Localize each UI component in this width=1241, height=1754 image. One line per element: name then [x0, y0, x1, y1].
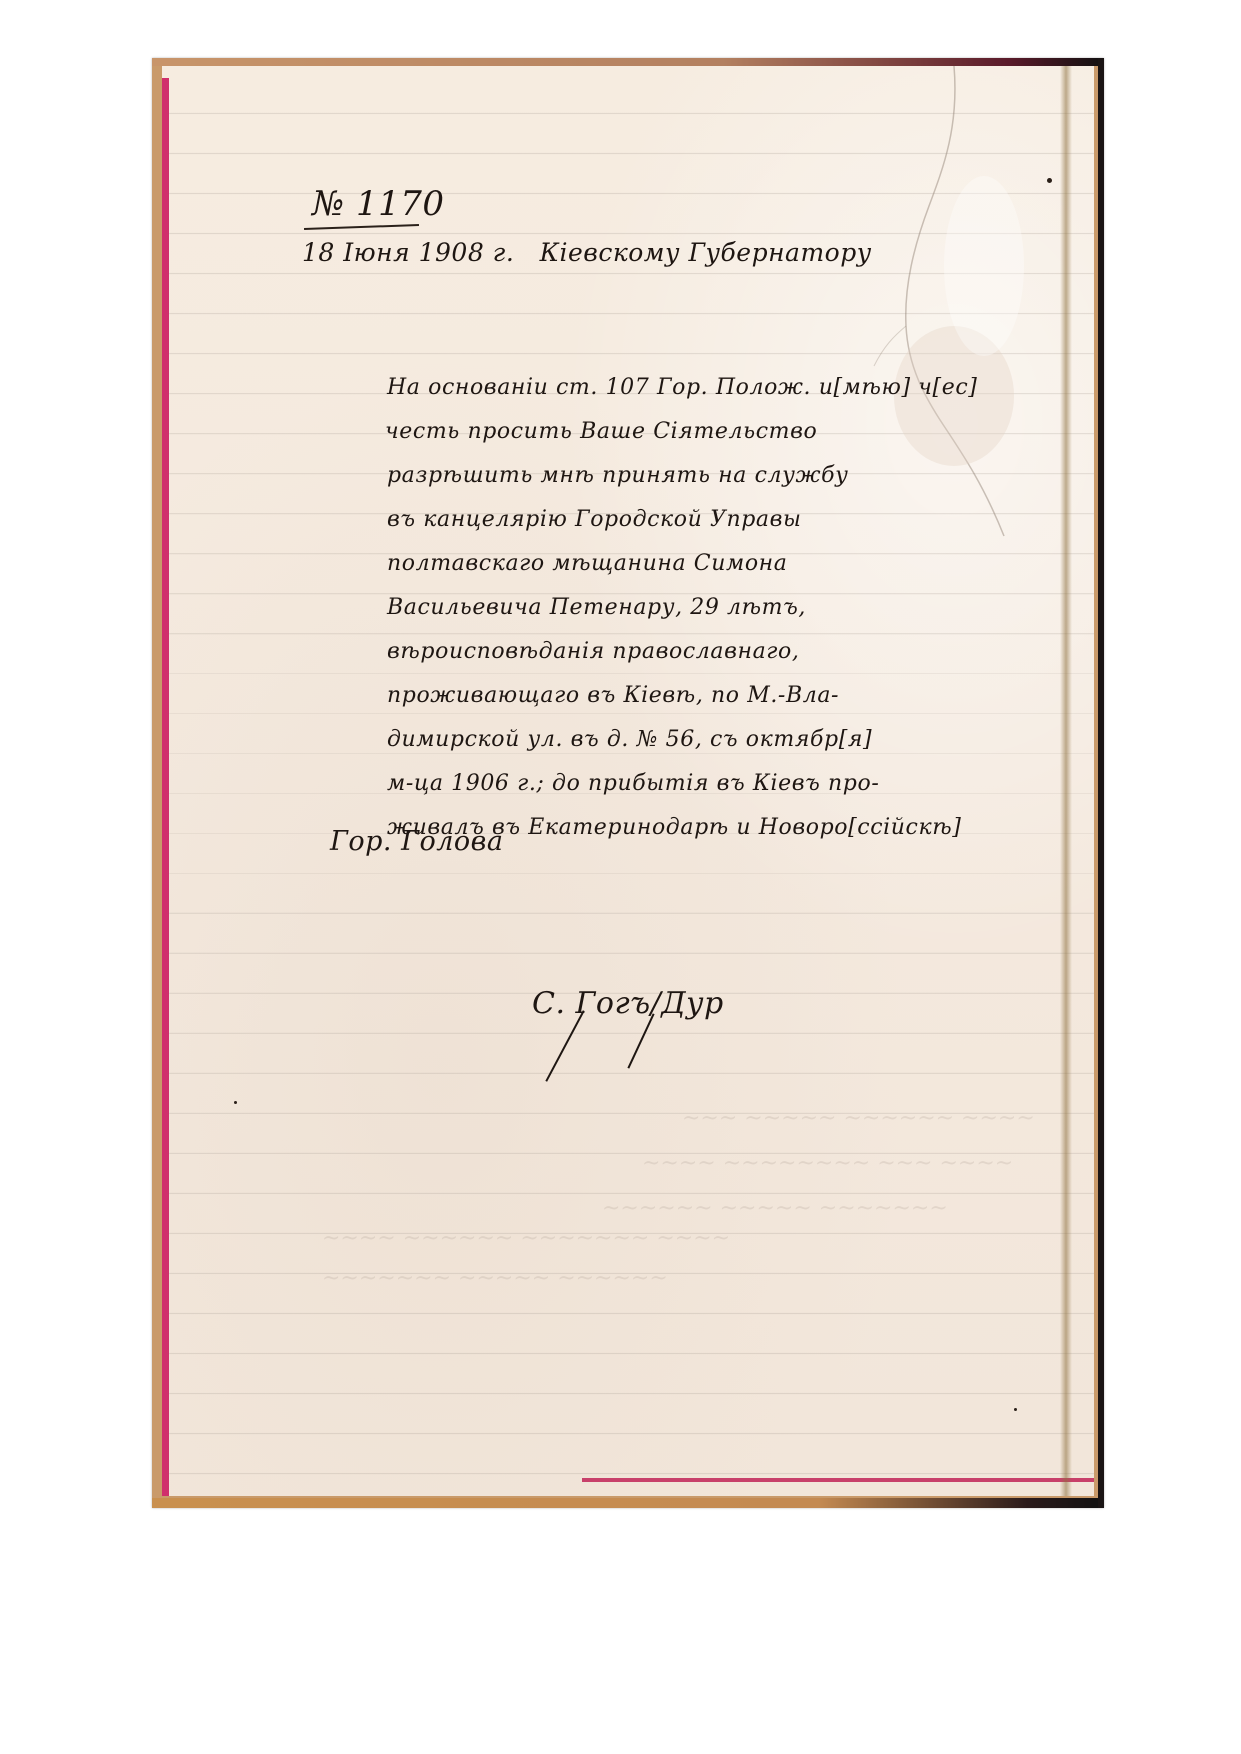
- document-number: № 1170: [312, 184, 445, 224]
- body-line: м-ца 1906 г.; до прибытія въ Кіевъ про-: [387, 762, 1027, 806]
- bleed-through-text: ~~~~ ~~~~~~~~ ~~~ ~~~~: [642, 1151, 1013, 1176]
- ink-speck: [234, 1101, 237, 1104]
- bleed-through-text: ~~~ ~~~~~ ~~~~~~ ~~~~: [682, 1106, 1035, 1131]
- document-date: 18 Іюня 1908 г.: [302, 238, 514, 267]
- body-line: честь просить Ваше Сіятельство: [385, 410, 1027, 454]
- binding-top-edge: [152, 58, 1104, 66]
- body-line: Васильевича Петенару, 29 лѣтъ,: [387, 586, 1027, 630]
- body-line: проживающаго въ Кіевѣ, по М.-Вла-: [387, 674, 1027, 718]
- body-line: разрѣшить мнѣ принять на службу: [387, 454, 1027, 498]
- letter-body: На основаніи ст. 107 Гор. Полож. и[мѣю] …: [387, 366, 1027, 850]
- binding-right-edge: [1098, 58, 1104, 1508]
- body-line: въ канцелярію Городской Управы: [387, 498, 1027, 542]
- closing-title: Гор. Голова: [330, 826, 503, 857]
- document-sheet: ~~~ ~~~~~ ~~~~~~ ~~~~ ~~~~ ~~~~~~~~ ~~~ …: [162, 66, 1094, 1496]
- body-line: димирской ул. въ д. № 56, съ октябр[я]: [387, 718, 1027, 762]
- body-line: вѣроисповѣданія православнаго,: [387, 630, 1027, 674]
- red-bottom-line: [582, 1478, 1094, 1482]
- addressee: Кіевскому Губернатору: [540, 238, 872, 267]
- ink-speck: [1014, 1408, 1017, 1411]
- body-line: полтавскаго мѣщанина Симона: [387, 542, 1027, 586]
- bleed-through-text: ~~~~ ~~~~~~ ~~~~~~~ ~~~~: [322, 1226, 730, 1251]
- body-line: На основаніи ст. 107 Гор. Полож. и[мѣю] …: [387, 366, 1027, 410]
- binding-bottom-edge: [152, 1498, 1104, 1508]
- binding-stain: [1060, 66, 1072, 1496]
- bleed-through-text: ~~~~~~~ ~~~~~ ~~~~~~: [322, 1266, 668, 1291]
- date-and-addressee: 18 Іюня 1908 г. Кіевскому Губернатору: [302, 238, 872, 267]
- signature: С. Гогъ/Дур: [532, 986, 724, 1021]
- red-margin-line: [162, 78, 169, 1496]
- ink-speck: [1047, 178, 1052, 183]
- bleed-through-text: ~~~~~~ ~~~~~ ~~~~~~~: [602, 1196, 948, 1221]
